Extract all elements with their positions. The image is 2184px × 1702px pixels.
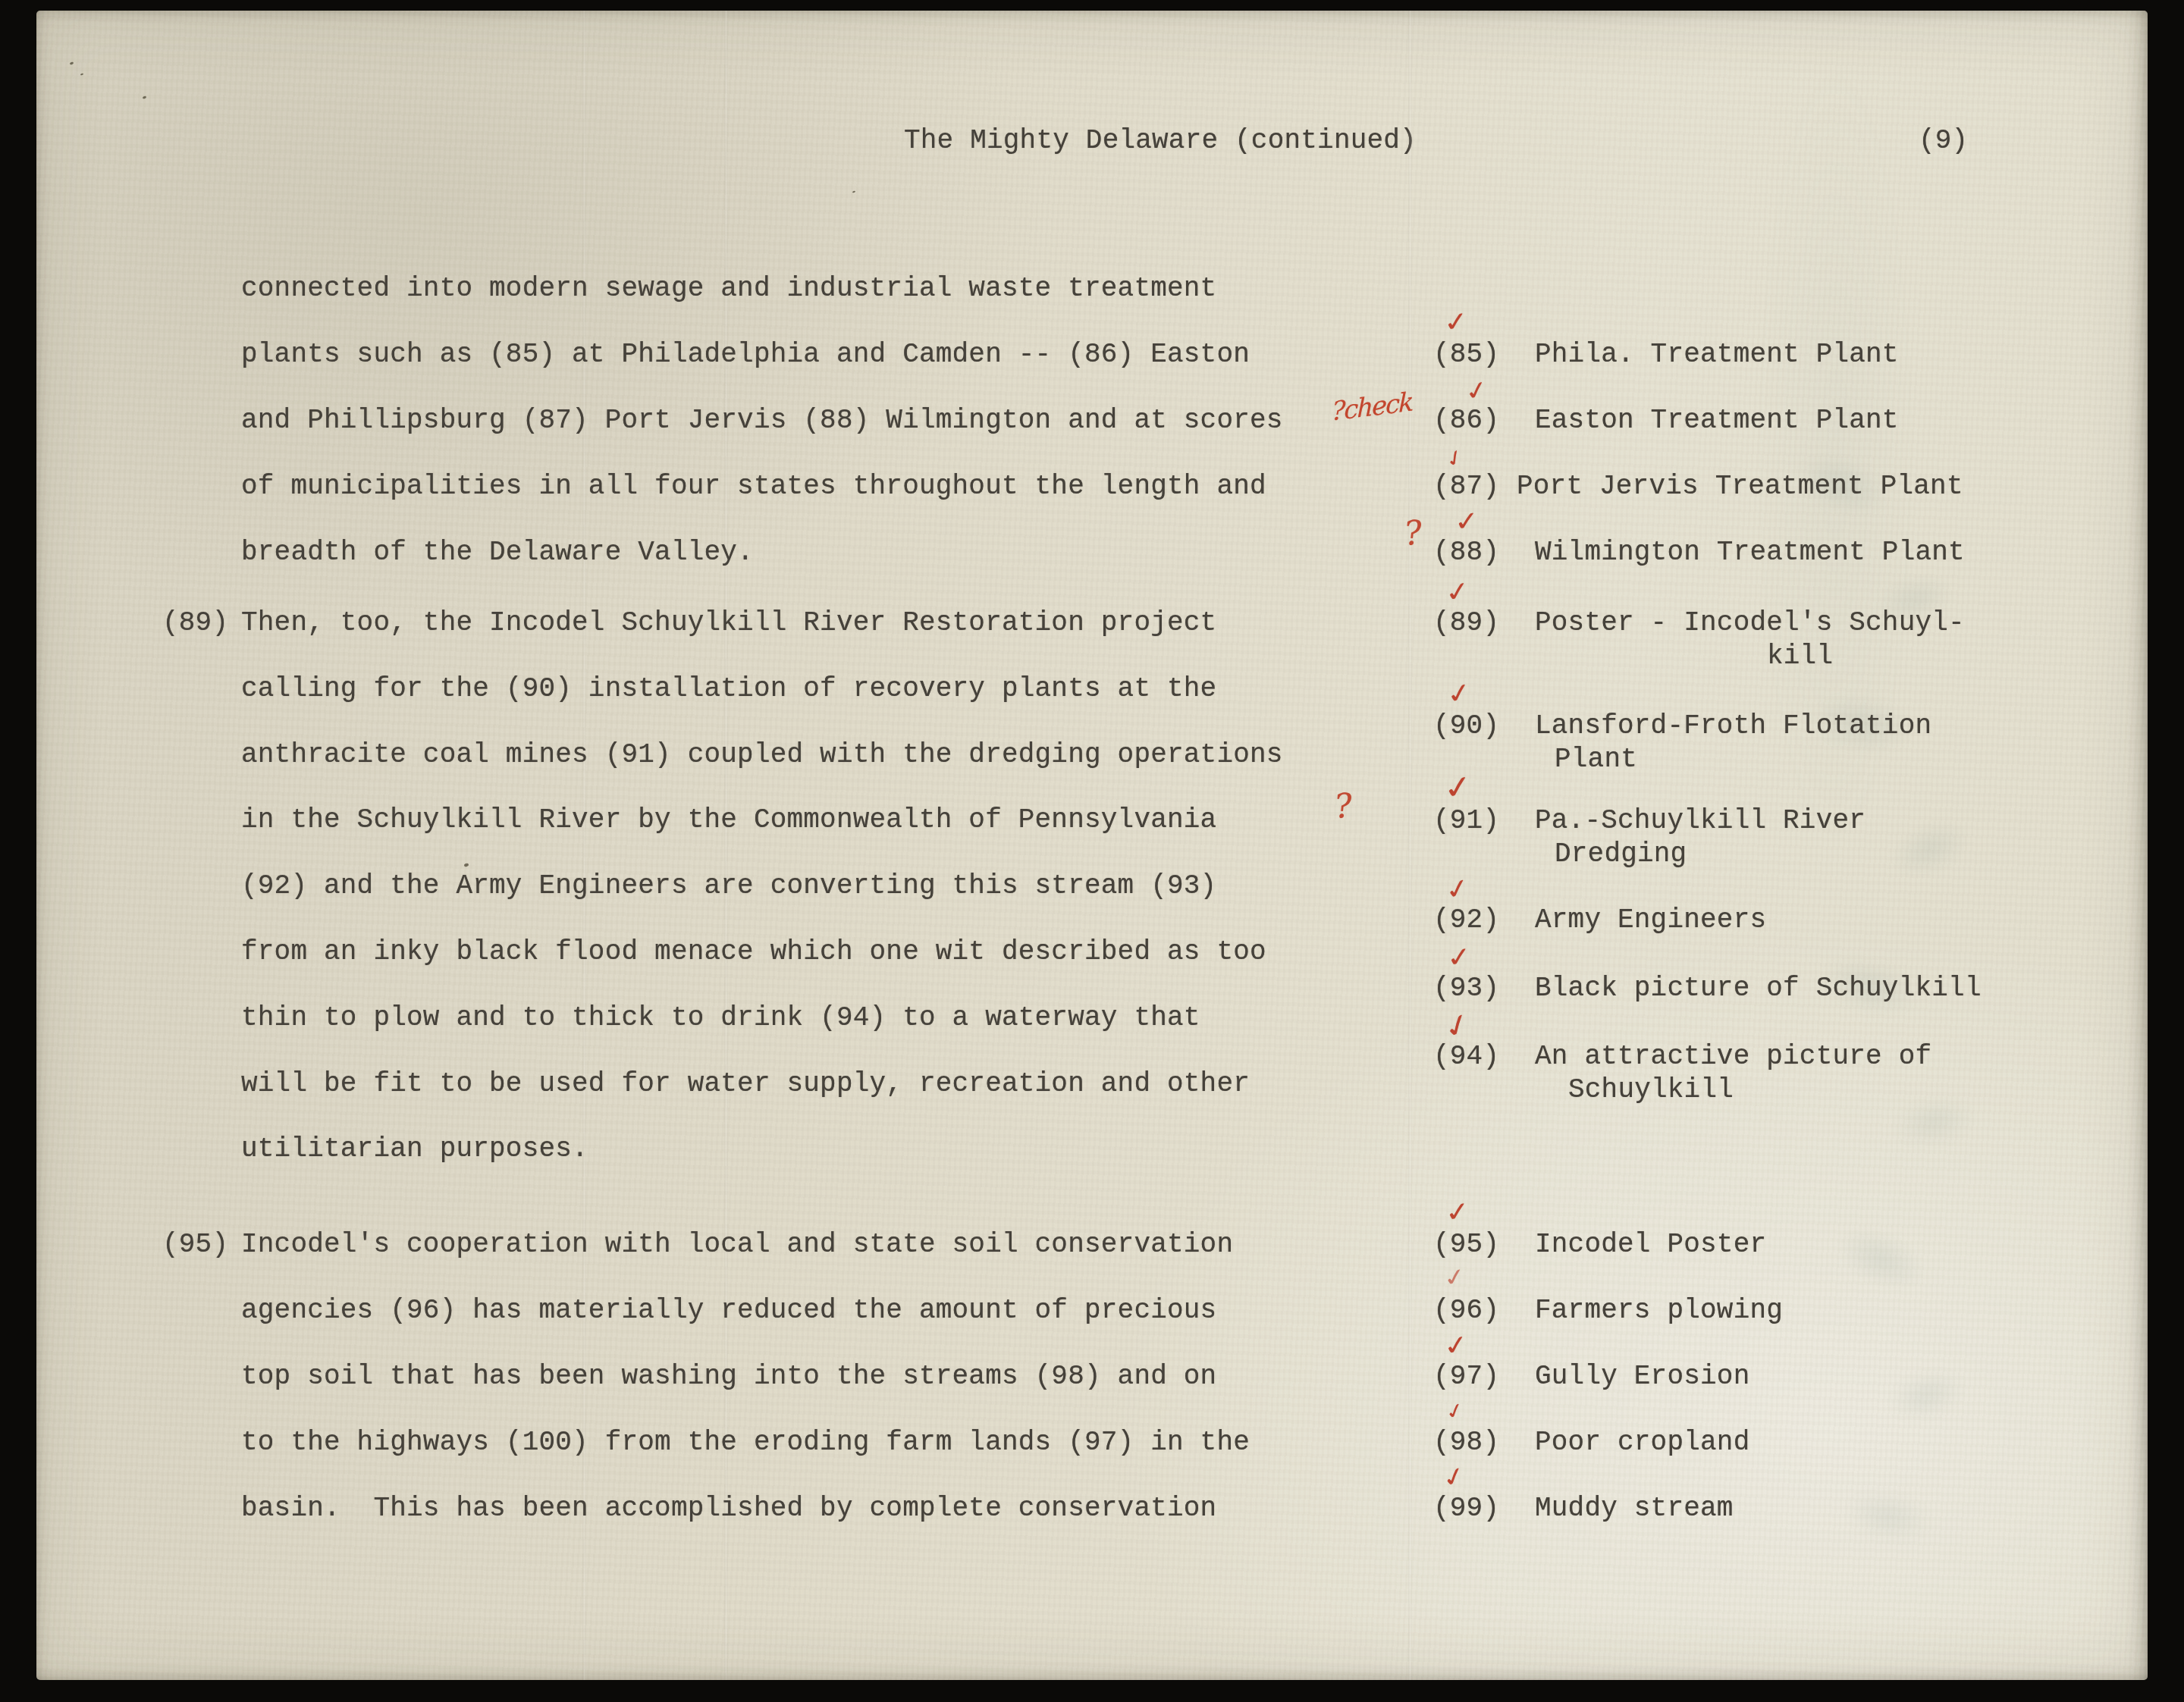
checkmark-icon: ✓	[1442, 308, 1470, 337]
shot-number: (97)	[1433, 1363, 1499, 1390]
checkmark-icon: ✓	[1442, 1265, 1468, 1291]
shot-number: (98)	[1433, 1429, 1499, 1456]
page-number: (9)	[1919, 127, 1968, 155]
page-title: The Mighty Delaware (continued)	[904, 127, 1417, 155]
shot-label-line: Phila. Treatment Plant	[1535, 341, 1899, 368]
shot-label-line: kill	[1767, 643, 1833, 670]
checkmark-icon: ✓	[1445, 679, 1474, 709]
script-line: breadth of the Delaware Valley.	[241, 539, 754, 566]
shot-label-line: Dredging	[1555, 841, 1687, 868]
shot-label-line: Wilmington Treatment Plant	[1535, 539, 1965, 566]
scan-background: The Mighty Delaware (continued) (9) conn…	[0, 0, 2184, 1702]
checkmark-icon: ✓	[1441, 770, 1475, 805]
shot-label-line: Lansford-Froth Flotation	[1535, 713, 1931, 740]
shot-label-line: Schuylkill	[1568, 1077, 1734, 1104]
script-line: to the highways (100) from the eroding f…	[241, 1429, 1250, 1456]
shot-label-line: Farmers plowing	[1535, 1297, 1783, 1324]
script-line: (92) and the Army Engineers are converti…	[241, 873, 1216, 900]
script-line: of municipalities in all four states thr…	[241, 473, 1266, 500]
shot-label-line: Poor cropland	[1535, 1429, 1749, 1456]
script-line: in the Schuylkill River by the Commonwea…	[241, 807, 1216, 834]
script-line: thin to plow and to thick to drink (94) …	[241, 1005, 1200, 1032]
script-line: utilitarian purposes.	[241, 1136, 588, 1163]
checkmark-icon: ✓	[1442, 1331, 1470, 1360]
shot-label-line: Black picture of Schuylkill	[1535, 975, 1982, 1002]
shot-label-line: Pa.-Schuylkill River	[1535, 807, 1865, 835]
shot-label-line: An attractive picture of	[1535, 1043, 1931, 1070]
shot-number: (87)	[1433, 473, 1499, 500]
question-mark-icon: ?	[1403, 516, 1424, 551]
shot-label-line: Gully Erosion	[1535, 1363, 1749, 1390]
shot-number: (91)	[1433, 807, 1499, 835]
paragraph-number: (89)	[162, 610, 228, 637]
script-line: from an inky black flood menace which on…	[241, 939, 1266, 966]
script-line: will be fit to be used for water supply,…	[241, 1070, 1250, 1098]
script-line: Then, too, the Incodel Schuylkill River …	[241, 610, 1216, 637]
shot-number: (90)	[1433, 713, 1499, 740]
checkmark-icon: ✓	[1443, 577, 1472, 607]
script-line: plants such as (85) at Philadelphia and …	[241, 341, 1250, 368]
shot-label-line: Poster - Incodel's Schuyl-	[1535, 610, 1965, 637]
checkmark-icon: ✓	[1444, 1198, 1472, 1227]
paragraph-number: (95)	[162, 1231, 228, 1258]
script-line: Incodel's cooperation with local and sta…	[241, 1231, 1233, 1258]
question-mark-icon: ?	[1333, 789, 1354, 824]
checkmark-icon: ✓	[1453, 507, 1480, 535]
shot-label-line: Muddy stream	[1535, 1495, 1734, 1522]
shot-number: (92)	[1433, 907, 1499, 934]
script-line: agencies (96) has materially reduced the…	[241, 1297, 1216, 1324]
shot-number: (94)	[1433, 1043, 1499, 1070]
shot-label-line: Easton Treatment Plant	[1535, 407, 1899, 434]
shot-number: (85)	[1433, 341, 1499, 368]
shot-label-line: Port Jervis Treatment Plant	[1517, 473, 1963, 500]
script-line: calling for the (90) installation of rec…	[241, 675, 1216, 703]
shot-number: (93)	[1433, 975, 1499, 1002]
script-line: top soil that has been washing into the …	[241, 1363, 1216, 1390]
fold-crease	[1408, 11, 1412, 1680]
shot-number: (86)	[1433, 407, 1499, 434]
shot-number: (99)	[1433, 1495, 1499, 1522]
shot-number: (96)	[1433, 1297, 1499, 1324]
shot-label-line: Incodel Poster	[1535, 1231, 1766, 1258]
shot-number: (88)	[1433, 539, 1499, 566]
shot-number: (89)	[1433, 610, 1499, 637]
script-line: connected into modern sewage and industr…	[241, 275, 1216, 302]
checkmark-icon: ✓	[1445, 943, 1473, 972]
script-line: and Phillipsburg (87) Port Jervis (88) W…	[241, 407, 1283, 434]
script-line: anthracite coal mines (91) coupled with …	[241, 741, 1283, 769]
shot-label-line: Plant	[1555, 746, 1637, 773]
shot-label-line: Army Engineers	[1535, 907, 1766, 934]
script-line: basin. This has been accomplished by com…	[241, 1495, 1216, 1522]
shot-number: (95)	[1433, 1231, 1499, 1258]
